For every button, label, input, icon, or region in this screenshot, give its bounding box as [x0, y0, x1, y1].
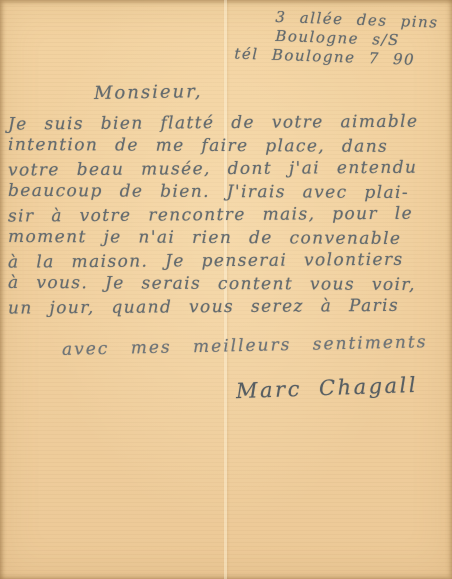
closing-line: avec mes meilleurs sentiments	[62, 332, 428, 360]
letter-body: Je suis bien flatté de votre aimable int…	[8, 112, 446, 319]
body-line: à vous. Je serais content vous voir,	[8, 272, 446, 297]
salutation: Monsieur,	[94, 81, 203, 104]
body-line: un jour, quand vous serez à Paris	[8, 294, 446, 320]
body-line: votre beau musée, dont j'ai entendu	[8, 156, 446, 182]
body-line: beaucoup de bien. J'irais avec plai-	[8, 180, 446, 205]
letter-paper: 3 allée des pins Boulogne s/S tél Boulog…	[0, 0, 452, 579]
signature: Marc Chagall	[236, 373, 419, 403]
body-line: sir à votre rencontre mais, pour le	[8, 202, 446, 228]
body-line: Je suis bien flatté de votre aimable	[8, 110, 446, 136]
body-line: moment je n'ai rien de convenable	[8, 226, 446, 251]
body-line: intention de me faire place, dans	[8, 134, 446, 159]
sender-address-block: 3 allée des pins Boulogne s/S tél Boulog…	[234, 6, 439, 70]
body-line: à la maison. Je penserai volontiers	[8, 248, 446, 274]
